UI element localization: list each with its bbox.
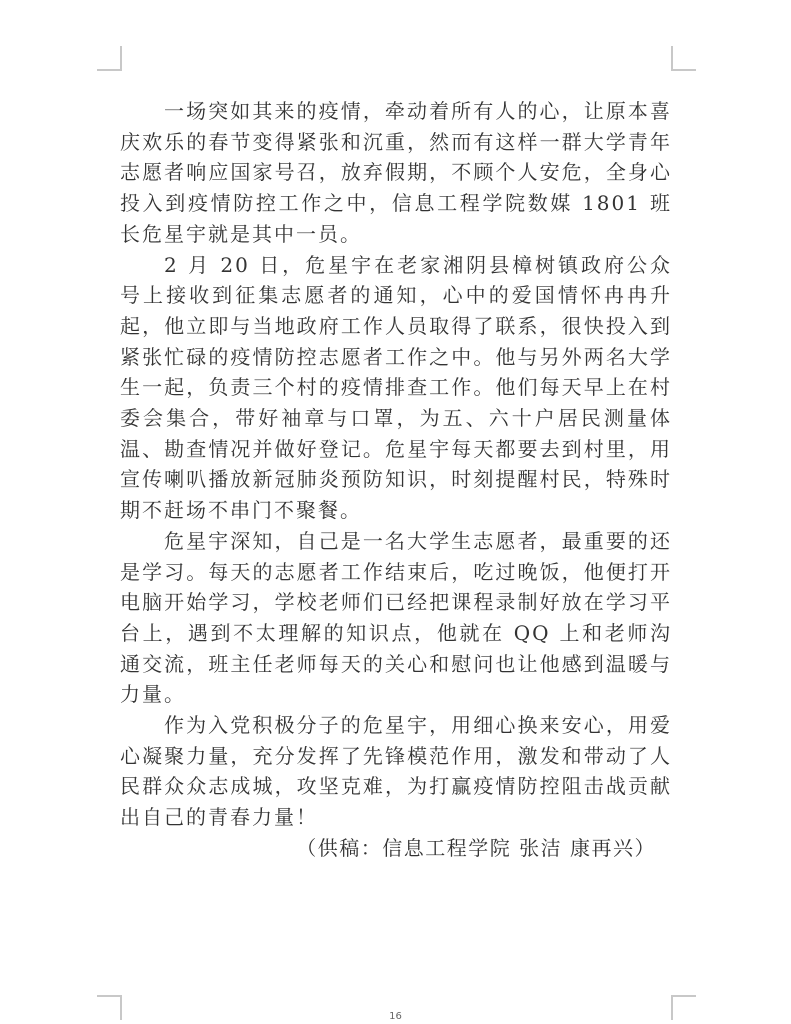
crop-mark-top-right bbox=[671, 46, 696, 71]
page-number: 16 bbox=[0, 1011, 791, 1022]
document-body: 一场突如其来的疫情，牵动着所有人的心，让原本喜庆欢乐的春节变得紧张和沉重，然而有… bbox=[120, 96, 672, 864]
paragraph-2: 2 月 20 日，危星宇在老家湘阴县樟树镇政府公众号上接收到征集志愿者的通知，心… bbox=[120, 250, 672, 526]
crop-mark-top-left bbox=[97, 46, 122, 71]
byline: （供稿：信息工程学院 张洁 康再兴） bbox=[120, 833, 672, 864]
paragraph-3: 危星宇深知，自己是一名大学生志愿者，最重要的还是学习。每天的志愿者工作结束后，吃… bbox=[120, 526, 672, 710]
paragraph-1: 一场突如其来的疫情，牵动着所有人的心，让原本喜庆欢乐的春节变得紧张和沉重，然而有… bbox=[120, 96, 672, 250]
paragraph-4: 作为入党积极分子的危星宇，用细心换来安心，用爱心凝聚力量，充分发挥了先锋模范作用… bbox=[120, 710, 672, 833]
